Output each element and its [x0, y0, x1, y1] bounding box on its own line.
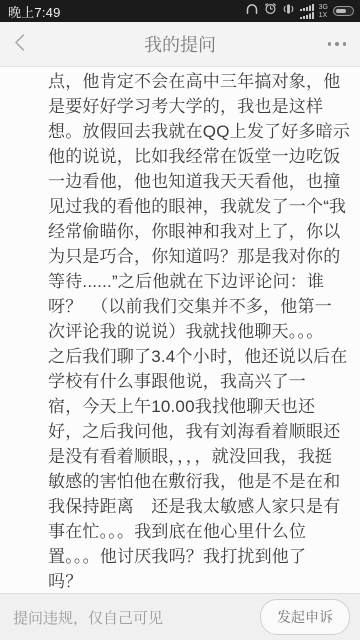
more-button[interactable]: [314, 22, 360, 67]
back-button[interactable]: [0, 22, 44, 67]
question-text-line: 他的说说，比如我经常在饭堂一边吃饭: [48, 144, 337, 169]
question-text-line: 经常偷瞄你，你眼神和我对上了，你以: [48, 219, 337, 244]
question-text-line: 好，之后我问他，我有刘海看着顺眼还: [48, 419, 337, 444]
question-text-line: 之后我们聊了3.4个小时，他还说以后在: [48, 344, 337, 369]
signal-3g-label: 3G: [319, 4, 328, 11]
question-text-line: 见过我的看他的眼神，我就发了一个“我: [48, 194, 337, 219]
question-text-line: 点，他肯定不会在高中三年搞对象，他: [48, 69, 337, 94]
violation-notice: 提问违规，仅自己可见: [13, 607, 163, 628]
nav-bar: 我的提问: [0, 22, 360, 67]
appeal-button[interactable]: 发起申诉: [260, 599, 350, 635]
question-text-line: 宿，今天上午10.00我找他聊天也还: [48, 394, 337, 419]
status-icons: 3G 1X: [245, 2, 354, 20]
footer-bar: 提问违规，仅自己可见 发起申诉: [0, 593, 360, 640]
question-text-line: 置。。。他讨厌我吗？我打扰到他了: [48, 544, 337, 569]
question-text-line: 次评论我的说说）我就找他聊天。。。: [48, 319, 337, 344]
headset-icon: [245, 2, 259, 20]
question-text-line: 等待......”之后他就在下边评论问：谁: [48, 269, 337, 294]
status-time: 晚上7:49: [8, 2, 61, 21]
question-text-line: 敏感的害怕他在敷衍我，他是不是在和: [48, 469, 337, 494]
question-content[interactable]: 点，他肯定不会在高中三年搞对象，他是要好好学习考大学的，我也是这样想。放假回去我…: [0, 67, 360, 593]
page-title: 我的提问: [0, 31, 360, 57]
question-text-line: 吗？: [48, 569, 337, 593]
question-text-line: 呀？ （以前我们交集并不多，他第一: [48, 294, 337, 319]
question-text-line: 我保持距离 还是我太敏感人家只是有: [48, 494, 337, 519]
question-text-line: 是要好好学习考大学的，我也是这样: [48, 94, 337, 119]
question-text-line: 想。放假回去我就在QQ上发了好多暗示: [48, 119, 337, 144]
question-text-line: 是没有看着顺眼，，，，就没回我，我挺: [48, 444, 337, 469]
battery-fill: [336, 9, 346, 13]
signal-bars-icon: 3G 1X: [300, 4, 328, 19]
question-text-line: 事在忙。。。我到底在他心里什么位: [48, 519, 337, 544]
alarm-icon: [264, 2, 277, 20]
vibrate-icon: [282, 2, 295, 20]
question-text-line: 为只是巧合，你知道吗？那是我对你的: [48, 244, 337, 269]
status-bar: 晚上7:49: [0, 0, 360, 22]
signal-1x-label: 1X: [319, 12, 328, 19]
three-dots-icon: [328, 42, 347, 46]
chevron-left-icon: [14, 33, 25, 55]
screen: 晚上7:49: [0, 0, 360, 640]
question-text-line: 学校有什么事跟他说，我高兴了一: [48, 369, 337, 394]
battery-icon: [333, 6, 354, 16]
question-text-line: 一边看他，他也知道我天天看他，也撞: [48, 169, 337, 194]
